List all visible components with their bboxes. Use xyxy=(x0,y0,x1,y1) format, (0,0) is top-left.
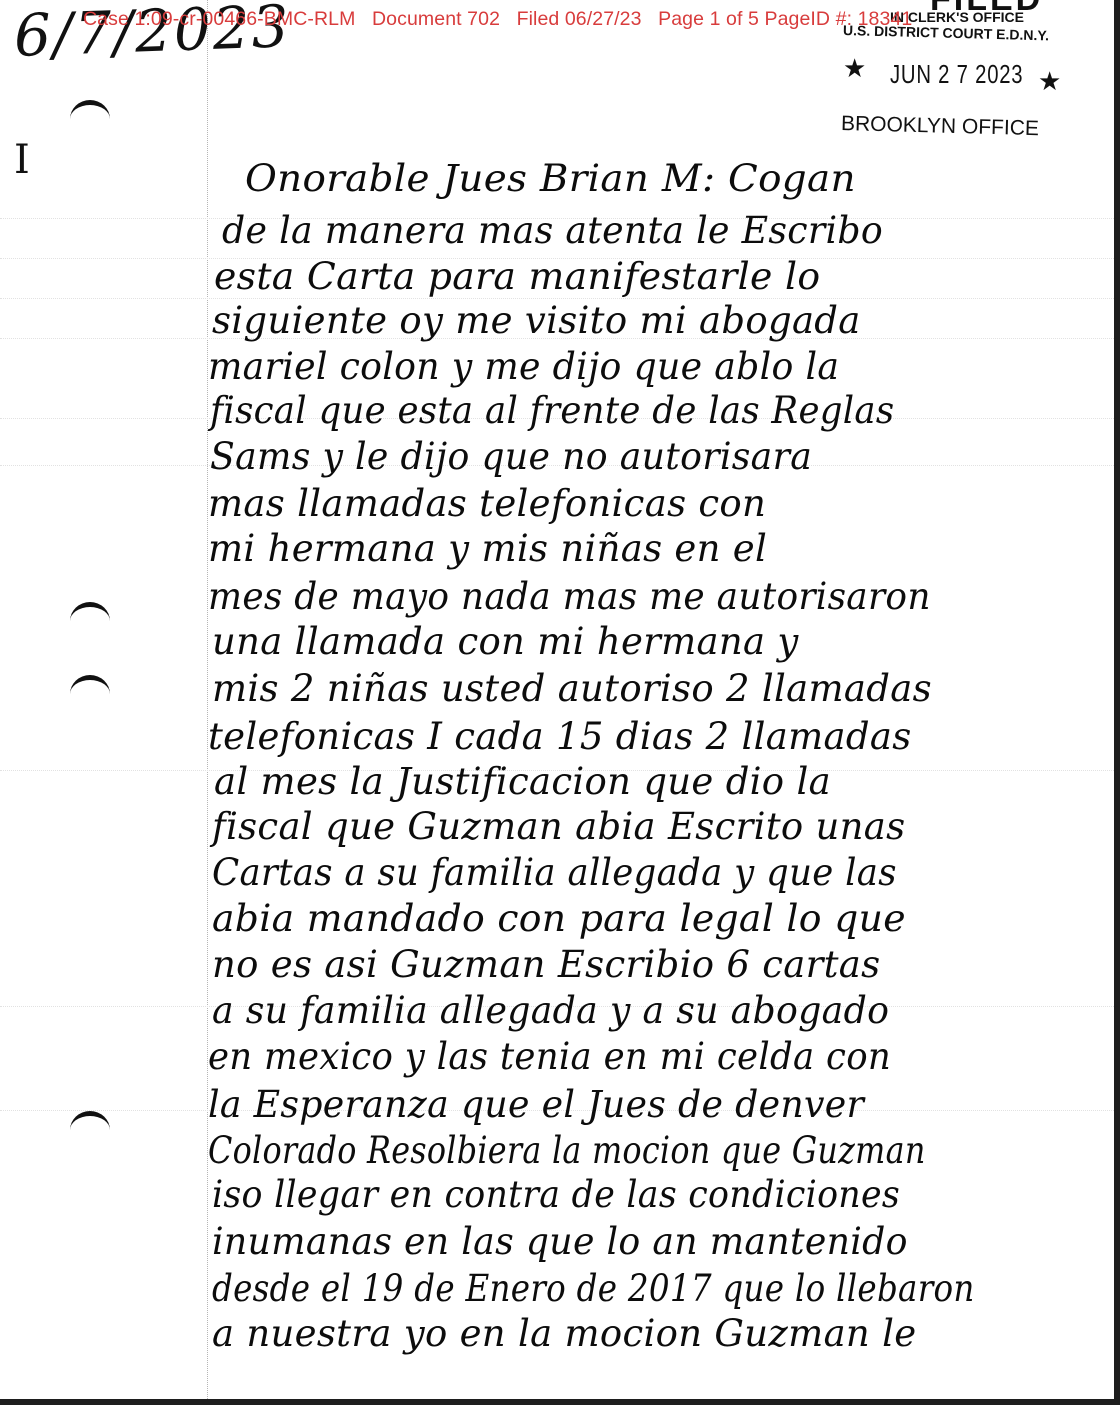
letter-line: mas llamadas telefonicas con xyxy=(208,485,766,522)
margin-line xyxy=(207,0,208,1399)
letter-line: iso llegar en contra de las condiciones xyxy=(212,1176,900,1213)
letter-line: a nuestra yo en la mocion Guzman le xyxy=(212,1315,916,1352)
letter-line: la Esperanza que el Jues de denver xyxy=(208,1086,864,1123)
letter-line: desde el 19 de Enero de 2017 que lo lleb… xyxy=(212,1270,975,1307)
letter-line: inumanas en las que lo an mantenido xyxy=(212,1223,908,1260)
punch-hole-mark xyxy=(70,602,110,621)
brooklyn-office-line: BROOKLYN OFFICE xyxy=(841,112,1040,141)
letter-line: Onorable Jues Brian M: Cogan xyxy=(245,160,856,197)
letter-line: Colorado Resolbiera la mocion que Guzman xyxy=(208,1132,926,1169)
letter-line: fiscal que esta al frente de las Reglas xyxy=(210,392,894,429)
letter-line: esta Carta para manifestarle lo xyxy=(214,258,820,295)
document-page: Case 1:09-cr-00466-BMC-RLM Document 702 … xyxy=(0,0,1114,1399)
letter-line: fiscal que Guzman abia Escrito unas xyxy=(212,808,905,845)
star-icon: ★ xyxy=(843,55,866,81)
letter-line: mes de mayo nada mas me autorisaron xyxy=(208,578,931,615)
filed-date: JUN 2 7 2023 xyxy=(890,59,1023,90)
letter-line: telefonicas I cada 15 dias 2 llamadas xyxy=(208,718,912,755)
letter-line: mi hermana y mis niñas en el xyxy=(208,530,767,567)
letter-line: siguiente oy me visito mi abogada xyxy=(212,302,861,339)
letter-line: abia mandado con para legal lo que xyxy=(212,900,906,937)
case-filing-header: Case 1:09-cr-00466-BMC-RLM Document 702 … xyxy=(83,8,912,31)
punch-hole-mark xyxy=(70,100,110,119)
letter-line: en mexico y las tenia en mi celda con xyxy=(208,1038,891,1075)
letter-line: mariel colon y me dijo que ablo la xyxy=(208,348,839,385)
letter-line: una llamada con mi hermana y xyxy=(212,623,799,660)
letter-line: al mes la Justificacion que dio la xyxy=(214,763,831,800)
punch-hole-mark xyxy=(70,675,110,694)
punch-hole-mark xyxy=(70,1111,110,1130)
letter-line: no es asi Guzman Escribio 6 cartas xyxy=(212,946,880,983)
letter-line: de la manera mas atenta le Escribo xyxy=(222,212,883,249)
letter-line: Sams y le dijo que no autorisara xyxy=(210,438,812,475)
page-number-mark: I xyxy=(14,140,30,180)
letter-line: mis 2 niñas usted autoriso 2 llamadas xyxy=(212,670,932,707)
letter-line: a su familia allegada y a su abogado xyxy=(212,992,889,1029)
letter-line: Cartas a su familia allegada y que las xyxy=(212,854,897,891)
star-icon: ★ xyxy=(1038,68,1061,94)
